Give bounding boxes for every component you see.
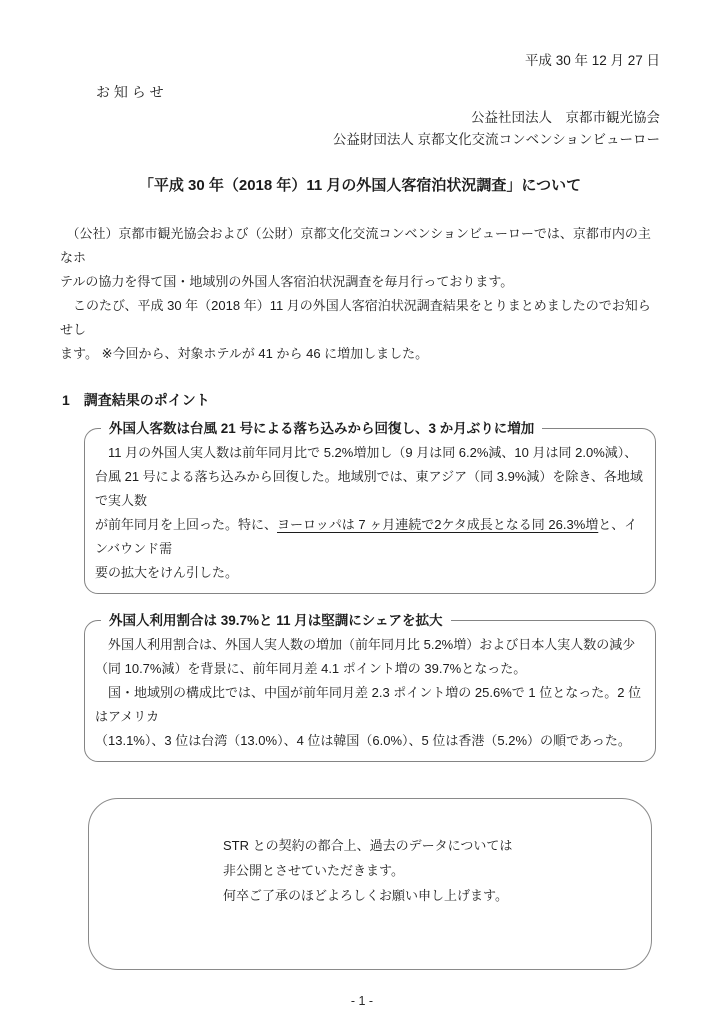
str-data-notice-text: STR との契約の都合上、過去のデータについては 非公開とさせていただきます。 … [223,833,631,908]
intro-paragraph-1: （公社）京都市観光協会および（公財）京都文化交流コンベンションビューローでは、京… [60,222,660,294]
page-number: - 1 - [0,994,724,1008]
point-box-visitor-recovery-title: 外国人客数は台風 21 号による落ち込みから回復し、3 か月ぶりに増加 [101,419,542,438]
document-date: 平成 30 年 12 月 27 日 [60,52,660,70]
underlined-highlight: ヨーロッパは 7 ヶ月連続で2ケタ成長となる同 26.3%増 [277,517,598,532]
notice-label: お 知 ら せ [96,83,660,101]
org-line-convention-bureau: 公益財団法人 京都文化交流コンベンションビューロー [60,129,660,151]
str-data-notice-box: STR との契約の都合上、過去のデータについては 非公開とさせていただきます。 … [88,798,652,970]
point-box-usage-share-paragraph-2: 国・地域別の構成比では、中国が前年同月差 2.3 ポイント増の 25.6%で 1… [95,681,643,753]
point-box-usage-share-title: 外国人利用割合は 39.7%と 11 月は堅調にシェアを拡大 [101,611,451,630]
point-box-visitor-recovery-body: 11 月の外国人実人数は前年同月比で 5.2%増加し（9 月は同 6.2%減、1… [95,441,643,585]
point-box-visitor-recovery: 外国人客数は台風 21 号による落ち込みから回復し、3 か月ぶりに増加 11 月… [84,428,656,594]
intro-paragraph-2: このたび、平成 30 年（2018 年）11 月の外国人客宿泊状況調査結果をとり… [60,294,660,366]
point-box-usage-share-paragraph-1: 外国人利用割合は、外国人実人数の増加（前年同月比 5.2%増）および日本人実人数… [95,633,643,681]
document-page: 平成 30 年 12 月 27 日 お 知 ら せ 公益社団法人 京都市観光協会… [0,0,724,1024]
section-1-heading: 1 調査結果のポイント [62,390,660,410]
point-box-usage-share: 外国人利用割合は 39.7%と 11 月は堅調にシェアを拡大 外国人利用割合は、… [84,620,656,762]
issuing-organizations: 公益社団法人 京都市観光協会 公益財団法人 京都文化交流コンベンションビューロー [60,107,660,151]
org-line-kyoto-tourism: 公益社団法人 京都市観光協会 [60,107,660,129]
document-title: 「平成 30 年（2018 年）11 月の外国人客宿泊状況調査」について [60,176,660,196]
